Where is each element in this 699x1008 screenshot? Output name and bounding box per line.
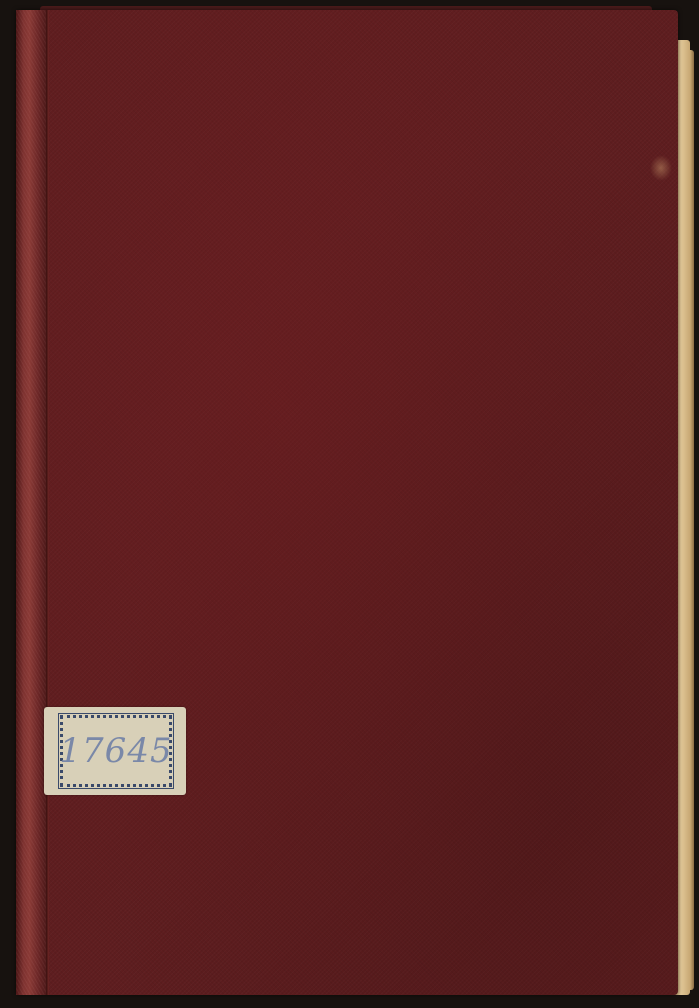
spine-hinge (46, 10, 49, 995)
cover-stain (650, 155, 672, 181)
book-cover (16, 10, 678, 995)
book-spine (16, 10, 47, 995)
label-decorative-border: 17645 (60, 715, 172, 787)
library-label: 17645 (44, 707, 186, 795)
label-catalog-number: 17645 (59, 731, 172, 771)
